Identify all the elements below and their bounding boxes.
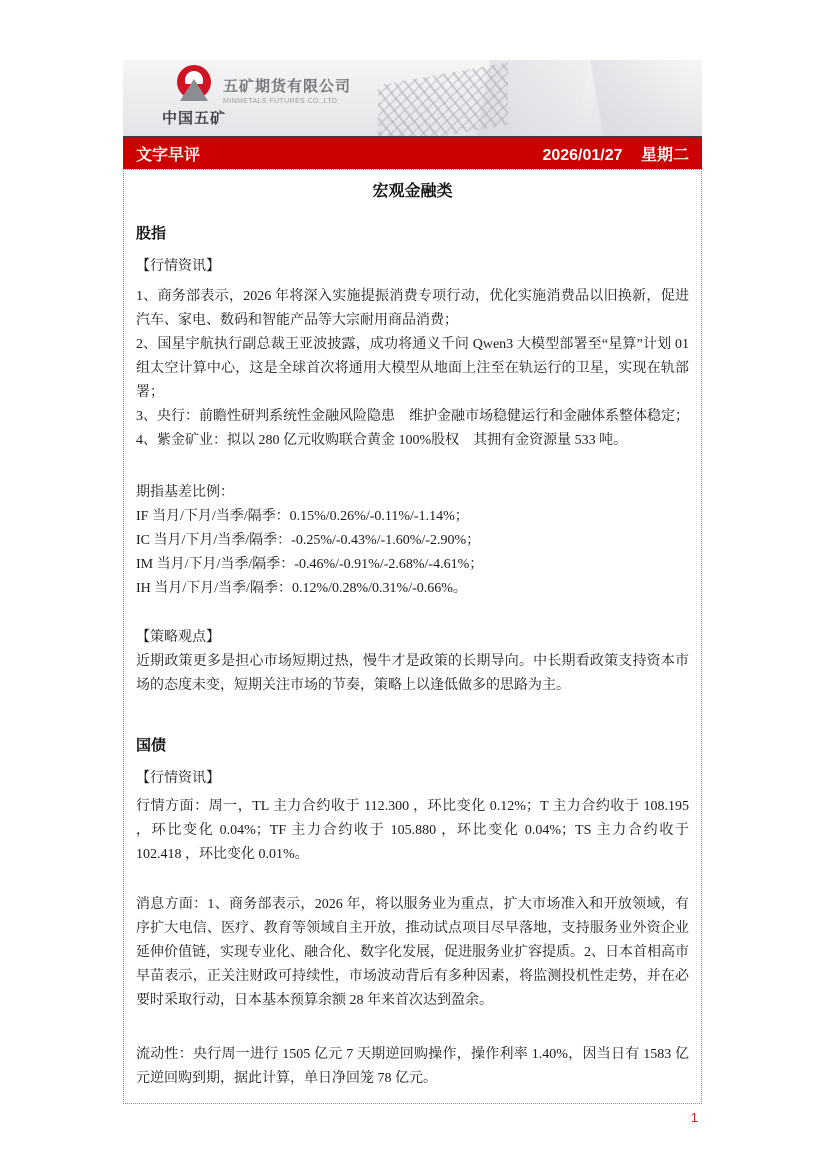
news-item: 4、紫金矿业：拟以 280 亿元收购联合黄金 100%股权 其拥有金资源量 53…: [136, 429, 689, 453]
company-name-cn: 五矿期货有限公司: [223, 75, 351, 96]
report-page: 中国五矿 五矿期货有限公司 MINMETALS FUTURES CO.,LTD …: [123, 60, 702, 1125]
logo-text: 中国五矿: [155, 107, 233, 128]
market-info-label: 【行情资讯】: [136, 767, 689, 791]
report-date: 2026/01/27 星期二: [542, 142, 689, 165]
company-logo: 中国五矿: [155, 65, 233, 128]
company-name-block: 五矿期货有限公司 MINMETALS FUTURES CO.,LTD: [223, 75, 351, 105]
news-item: 2、国星宇航执行副总裁王亚波披露，成功将通义千问 Qwen3 大模型部署至“星算…: [136, 333, 689, 405]
building-lattice-decoration: [378, 63, 508, 136]
strategy-view-text: 近期政策更多是担心市场短期过热，慢牛才是政策的长期导向。中长期看政策支持资本市场…: [136, 650, 689, 698]
minmetals-emblem-icon: [177, 65, 211, 105]
company-name-en: MINMETALS FUTURES CO.,LTD: [223, 98, 351, 105]
strategy-view-label: 【策略观点】: [136, 626, 689, 650]
title-banner: 文字早评 2026/01/27 星期二: [123, 136, 702, 169]
basis-line-im: IM 当月/下月/当季/隔季：-0.46%/-0.91%/-2.68%/-4.6…: [136, 553, 689, 577]
page-header: 中国五矿 五矿期货有限公司 MINMETALS FUTURES CO.,LTD: [123, 60, 702, 136]
page-number: 1: [123, 1110, 702, 1125]
news-item: 1、商务部表示，2026 年将深入实施提振消费专项行动，优化实施消费品以旧换新，…: [136, 285, 689, 333]
bond-news-summary: 消息方面：1、商务部表示，2026 年，将以服务业为重点，扩大市场准入和开放领域…: [136, 893, 689, 1013]
section-heading-stock-index: 股指: [136, 222, 689, 246]
market-info-label: 【行情资讯】: [136, 255, 689, 279]
basis-line-if: IF 当月/下月/当季/隔季：0.15%/0.26%/-0.11%/-1.14%…: [136, 505, 689, 529]
basis-line-ih: IH 当月/下月/当季/隔季：0.12%/0.28%/0.31%/-0.66%。: [136, 577, 689, 601]
futures-basis-list: IF 当月/下月/当季/隔季：0.15%/0.26%/-0.11%/-1.14%…: [136, 505, 689, 601]
futures-basis-title: 期指基差比例：: [136, 481, 689, 505]
report-title: 文字早评: [136, 142, 200, 165]
bond-liquidity-summary: 流动性：央行周一进行 1505 亿元 7 天期逆回购操作，操作利率 1.40%，…: [136, 1043, 689, 1091]
date-value: 2026/01/27: [542, 147, 622, 164]
section-heading-treasury-bond: 国债: [136, 734, 689, 758]
stock-news-list: 1、商务部表示，2026 年将深入实施提振消费专项行动，优化实施消费品以旧换新，…: [136, 285, 689, 453]
report-body: 宏观金融类 股指 【行情资讯】 1、商务部表示，2026 年将深入实施提振消费专…: [123, 169, 702, 1104]
emblem-mountain: [180, 79, 208, 101]
basis-line-ic: IC 当月/下月/当季/隔季：-0.25%/-0.43%/-1.60%/-2.9…: [136, 529, 689, 553]
weekday-value: 星期二: [641, 147, 689, 164]
category-title: 宏观金融类: [136, 180, 689, 204]
news-item: 3、央行：前瞻性研判系统性金融风险隐患 维护金融市场稳健运行和金融体系整体稳定；: [136, 405, 689, 429]
bond-market-summary: 行情方面：周一，TL 主力合约收于 112.300 ，环比变化 0.12%；T …: [136, 795, 689, 867]
